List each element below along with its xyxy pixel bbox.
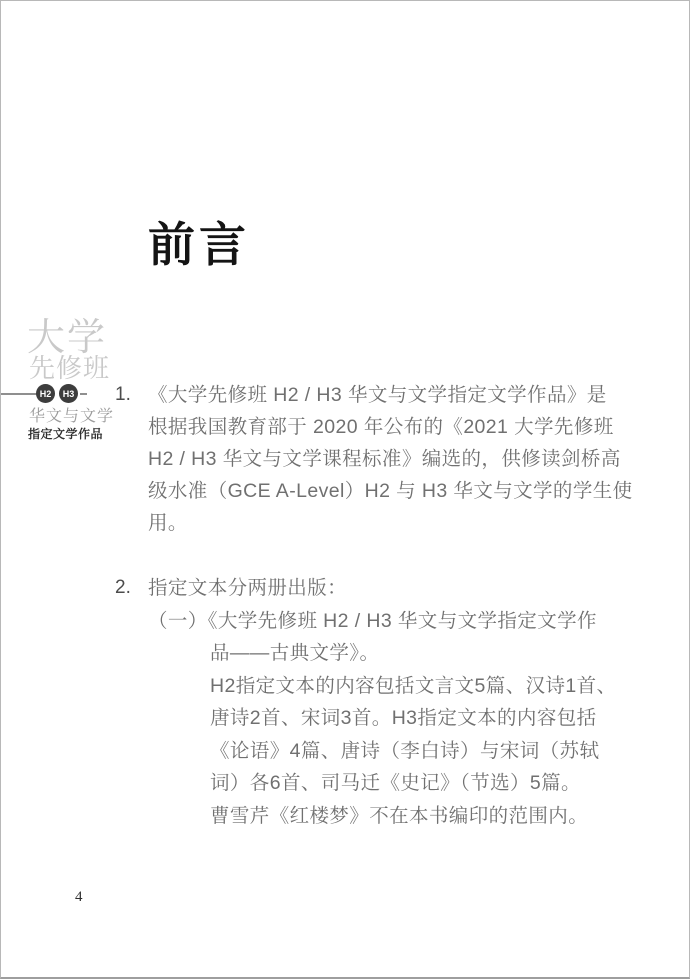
page-title: 前言 [148,218,250,274]
text-line: 品——古典文学》。 [210,637,616,670]
text-line: 词）各6首、司马迁《史记》（节选）5篇。 [210,767,616,800]
logo-title-bottom: 先修班 [29,356,110,382]
list-number-2: 2. [115,572,131,604]
badge-rule-right [80,393,87,395]
text-line: （一）《大学先修班 H2 / H3 华文与文学指定文学作 [148,605,616,638]
text-line: 曹雪芹《红楼梦》不在本书编印的范围内。 [210,800,616,833]
list-number-1: 1. [115,379,131,411]
h3-badge: H3 [59,384,78,403]
logo-title-top: 大学 [27,319,107,357]
text-line: 级水准（GCE A-Level）H2 与 H3 华文与文学的学生使 [148,475,633,507]
book-page: 前言 大学 先修班 H2 H3 华文与文学 指定文学作品 1. 《大学先修班 H… [0,0,690,979]
logo-tagline: 指定文学作品 [28,427,103,441]
page-number: 4 [75,889,83,906]
text-line: H2 / H3 华文与文学课程标准》编选的，供修读剑桥高 [148,443,633,475]
text-line: H2指定文本的内容包括文言文5篇、汉诗1首、 [210,670,616,703]
logo-subtitle: 华文与文学 [29,407,114,426]
text-line: 《大学先修班 H2 / H3 华文与文学指定文学作品》是 [148,379,633,411]
list-item-1: 《大学先修班 H2 / H3 华文与文学指定文学作品》是 根据我国教育部于 20… [148,379,633,539]
list-item-2: 指定文本分两册出版： （一）《大学先修班 H2 / H3 华文与文学指定文学作 … [148,572,616,832]
badge-rule-left [1,393,37,395]
text-line: 指定文本分两册出版： [148,572,616,605]
text-line: 根据我国教育部于 2020 年公布的《2021 大学先修班 [148,411,633,443]
text-line: 《论语》4篇、唐诗（李白诗）与宋词（苏轼 [210,735,616,768]
text-line: 唐诗2首、宋词3首。H3指定文本的内容包括 [210,702,616,735]
text-line: 用。 [148,507,633,539]
h2-badge: H2 [36,384,55,403]
